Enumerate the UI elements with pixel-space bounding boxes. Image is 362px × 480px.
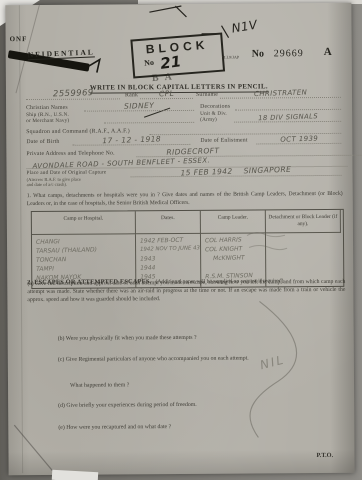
tape-hook-mark xyxy=(88,60,100,73)
question-2c2-text: What happened to them ? xyxy=(70,382,129,388)
decorations-field xyxy=(235,98,341,111)
unit-div-label: Unit & Div. (Army) xyxy=(200,111,234,124)
rank-field: CPL xyxy=(140,87,193,99)
scan-edge-bottom-notch xyxy=(52,470,98,480)
surname-value: CHRISTRATEN xyxy=(254,88,308,98)
christian-names-field: SIDNEY xyxy=(84,99,194,112)
scanned-document: ONF NFIDENTIAL BLOCK No21 BA M.I.9/JAP N… xyxy=(0,0,362,480)
question-2d-text: (d) Give briefly your experiences during… xyxy=(58,402,197,409)
handwritten-nil-answer: NIL xyxy=(259,352,287,372)
dob-field: 17 - 12 - 1918 xyxy=(72,133,190,146)
question-1-text: 1. What camps, detachments or hospitals … xyxy=(27,191,343,209)
enlistment-value: OCT 1939 xyxy=(280,135,318,144)
capture-value: 15 FEB 1942 SINGAPORE xyxy=(181,165,292,178)
block-number-stamp: BLOCK No21 xyxy=(130,33,225,79)
unit-div-value: 18 DIV SIGNALS xyxy=(258,112,318,122)
enlistment-field: OCT 1939 xyxy=(256,132,341,145)
ship-field xyxy=(104,111,194,124)
left-crease-line xyxy=(19,5,22,473)
table-header-dates: Dates. xyxy=(136,211,201,234)
question-2e-text: (e) How were you recaptured and on what … xyxy=(58,424,171,431)
ship-label: Ship (R.N., U.S.N. or Merchant Navy) xyxy=(26,112,102,125)
rank-value: CPL xyxy=(159,89,174,98)
capture-label: Place and Date of Original Capture xyxy=(27,169,129,176)
pen-scrawl: N1V xyxy=(231,18,259,36)
partial-stamp: ONF xyxy=(10,35,28,43)
capture-field: 15 FEB 1942 SINGAPORE xyxy=(130,164,341,177)
question-2c-text: (c) Give Regimental particulars of anyon… xyxy=(58,356,249,363)
pto-footer: P.T.O. xyxy=(316,452,333,459)
surname-field: CHRISTRATEN xyxy=(220,86,341,99)
block-no-value: 21 xyxy=(159,52,182,73)
dob-label: Date of Birth xyxy=(26,139,59,146)
register-no-value: 29669 xyxy=(274,48,304,59)
dob-value: 17 - 12 - 1918 xyxy=(102,134,161,145)
question-2a-text: (a) Give full description and approx. da… xyxy=(27,279,345,305)
surname-label: Surname xyxy=(196,92,218,99)
service-number-value: 2559969 xyxy=(53,88,94,99)
unit-div-field: 18 DIV SIGNALS xyxy=(234,110,341,123)
table-header-camp: Camp or Hospital. xyxy=(32,211,136,234)
service-number-field: 2559969 xyxy=(26,87,120,100)
register-no-prefix: No xyxy=(252,48,264,59)
capture-sublabel: (Aircrew R.A.F. to give place and date o… xyxy=(27,176,129,187)
rank-label: Rank xyxy=(125,92,138,99)
pen-corner-mark xyxy=(149,6,186,17)
mi9-label: M.I.9/JAP xyxy=(222,55,239,60)
question-2b-text: (b) Were you physically fit when you mad… xyxy=(58,335,197,342)
table-header-block-leader: Detachment or Block Leader (if any). xyxy=(266,210,341,233)
fold-line-bottom-left xyxy=(14,425,52,471)
register-suffix: A xyxy=(324,46,332,58)
christian-names-value: SIDNEY xyxy=(124,101,154,111)
table-header-leader: Camp Leader. xyxy=(201,210,266,233)
paper-sheet: ONF NFIDENTIAL BLOCK No21 BA M.I.9/JAP N… xyxy=(5,3,354,475)
block-no-prefix: No xyxy=(144,58,154,68)
confidential-stamp: NFIDENTIAL xyxy=(28,47,95,60)
